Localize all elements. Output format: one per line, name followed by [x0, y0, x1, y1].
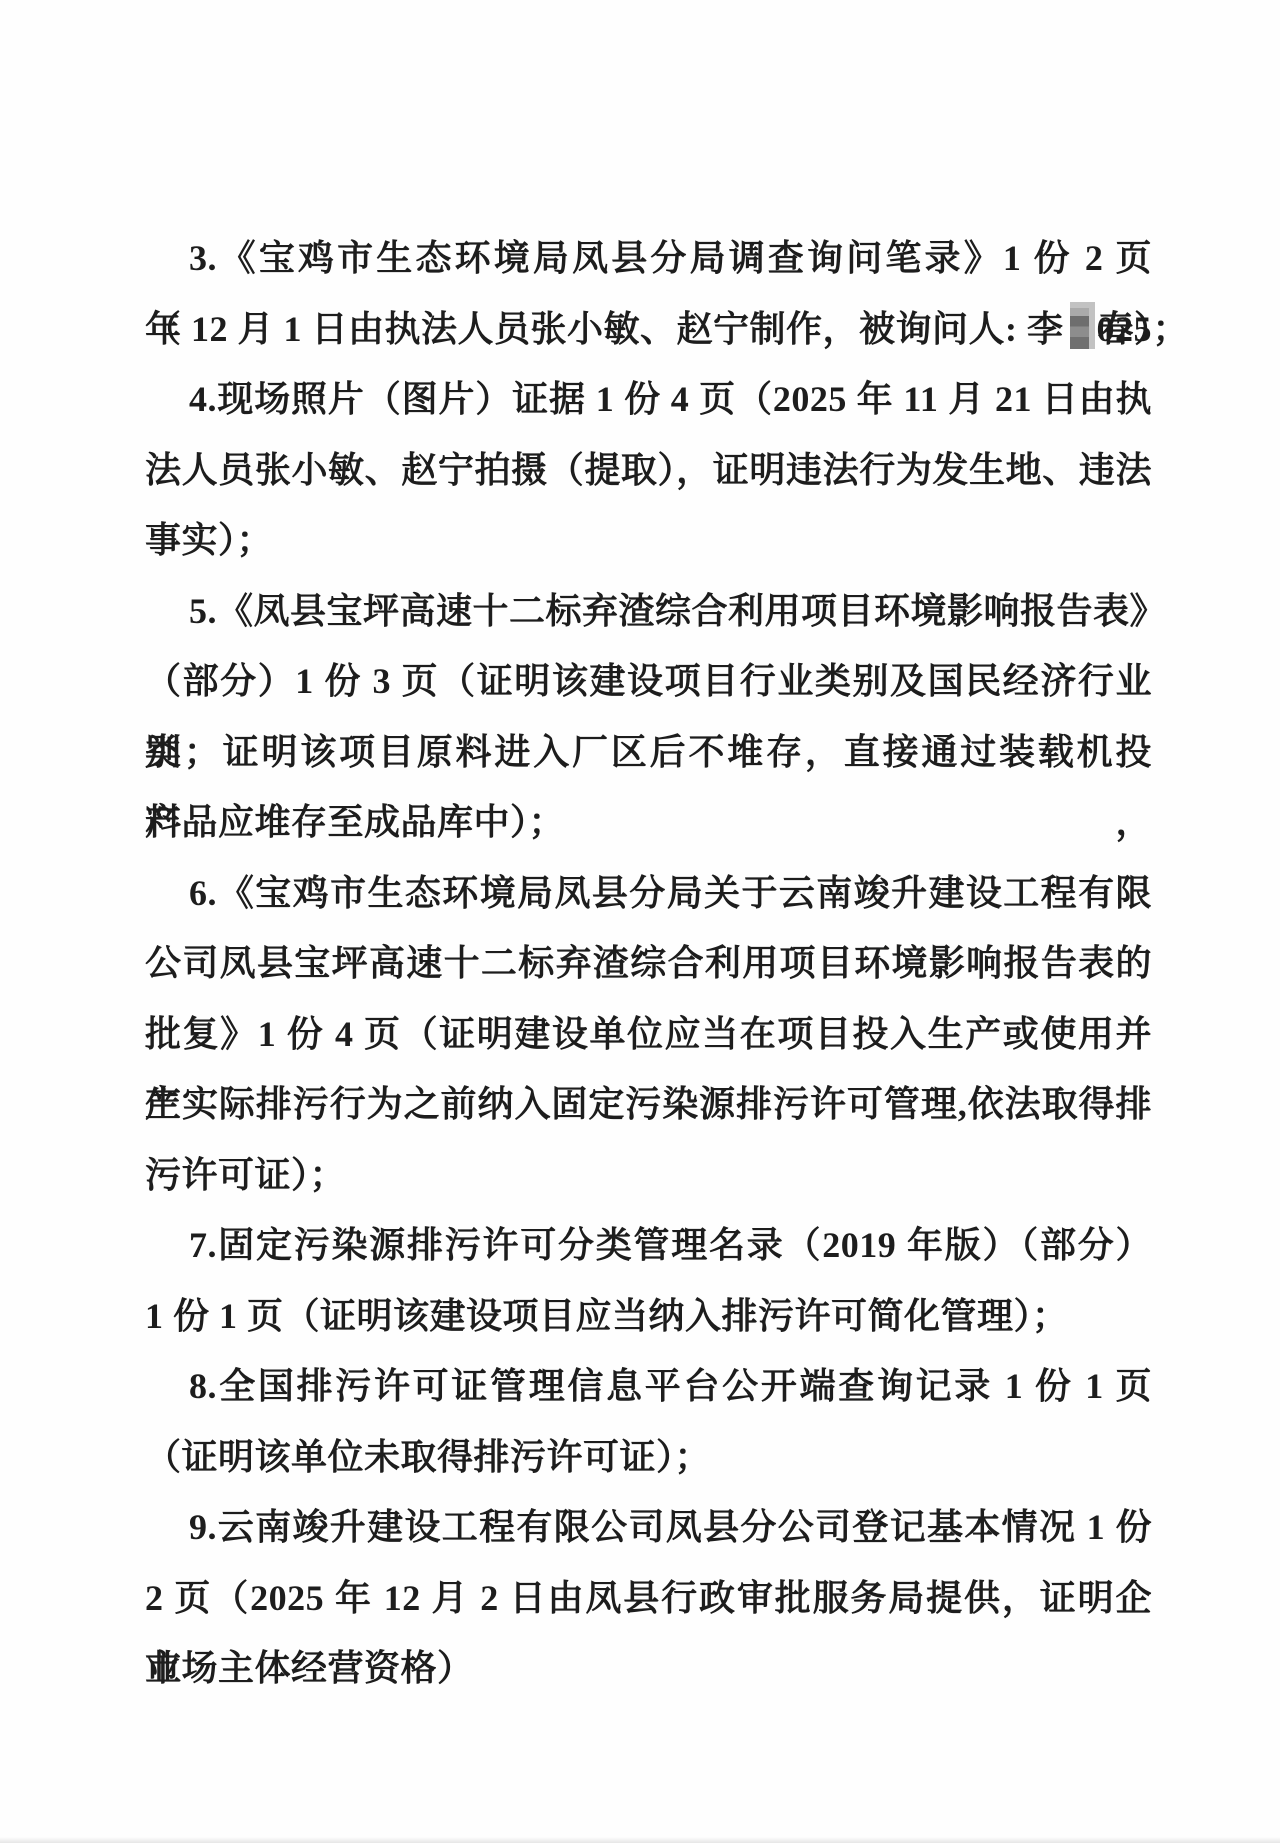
item3-line2-text-after-redaction: 春）；: [1098, 309, 1190, 349]
item9-line1: 9.云南竣升建设工程有限公司凤县分公司登记基本情况 1 份: [145, 1492, 1152, 1563]
redacted-name-character: [1070, 302, 1095, 349]
item6-line1: 6.《宝鸡市生态环境局凤县分局关于云南竣升建设工程有限: [145, 858, 1152, 929]
item7-line1: 7.固定污染源排污许可分类管理名录（2019 年版）（部分）: [145, 1210, 1152, 1281]
evidence-list: 3.《宝鸡市生态环境局凤县分局调查询问笔录》1 份 2 页（2025 年 12 …: [145, 223, 1152, 1704]
item9-line2: 2 页（2025 年 12 月 2 日由凤县行政审批服务局提供，证明企业: [145, 1563, 1152, 1634]
scanned-document-page: 3.《宝鸡市生态环境局凤县分局调查询问笔录》1 份 2 页（2025 年 12 …: [0, 0, 1280, 1843]
item6-line2: 公司凤县宝坪高速十二标弃渣综合利用项目环境影响报告表的: [145, 928, 1152, 999]
item5-line3: 别；证明该项目原料进入厂区后不堆存，直接通过装载机投料，: [145, 717, 1152, 788]
item5-line2: （部分）1 份 3 页（证明该建设项目行业类别及国民经济行业类: [145, 646, 1152, 717]
item6-line4: 生实际排污行为之前纳入固定污染源排污许可管理,依法取得排: [145, 1069, 1152, 1140]
item5-line1: 5.《凤县宝坪高速十二标弃渣综合利用项目环境影响报告表》: [145, 576, 1152, 647]
item3-line1: 3.《宝鸡市生态环境局凤县分局调查询问笔录》1 份 2 页（2025: [145, 223, 1152, 294]
scan-bottom-edge: [0, 1837, 1280, 1843]
item4-line1: 4.现场照片（图片）证据 1 份 4 页（2025 年 11 月 21 日由执: [145, 364, 1152, 435]
item4-line2: 法人员张小敏、赵宁拍摄（提取），证明违法行为发生地、违法: [145, 435, 1152, 506]
item6-line3: 批复》1 份 4 页（证明建设单位应当在项目投入生产或使用并产: [145, 999, 1152, 1070]
item7-line2: 1 份 1 页（证明该建设项目应当纳入排污许可简化管理）；: [145, 1281, 1152, 1352]
item9-line3: 市场主体经营资格）: [145, 1633, 1152, 1704]
item8-line1: 8.全国排污许可证管理信息平台公开端查询记录 1 份 1 页: [145, 1351, 1152, 1422]
item8-line2: （证明该单位未取得排污许可证）；: [145, 1422, 1152, 1493]
item4-line3: 事实）；: [145, 505, 1152, 576]
item6-line5: 污许可证）；: [145, 1140, 1152, 1211]
item3-line2: 年 12 月 1 日由执法人员张小敏、赵宁制作，被询问人: 李春）；: [145, 294, 1152, 365]
item3-line2-text-before-redaction: 年 12 月 1 日由执法人员张小敏、赵宁制作，被询问人: 李: [145, 309, 1064, 349]
